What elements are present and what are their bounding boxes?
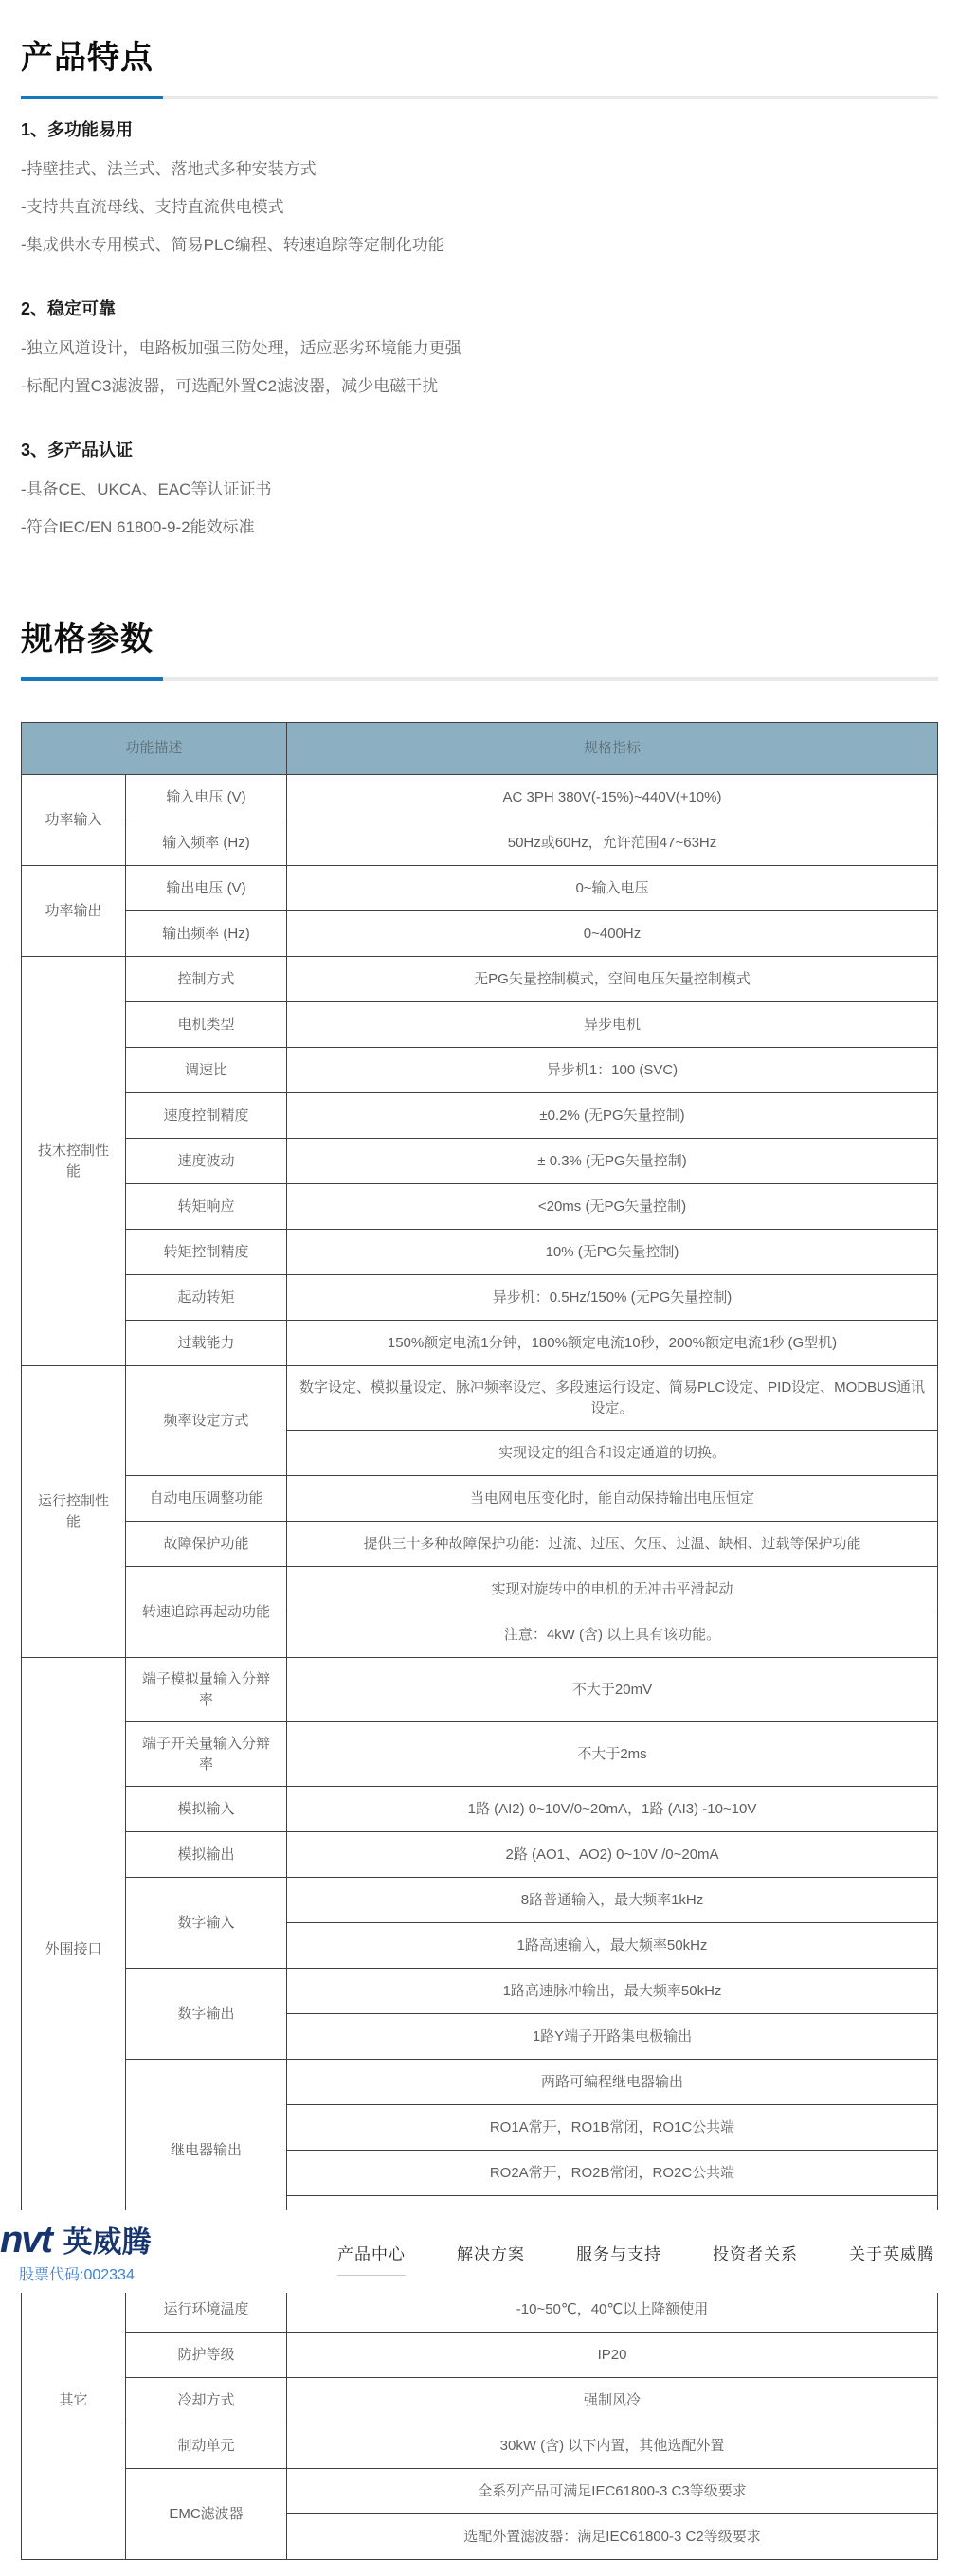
spec-value-cell: 强制风冷 <box>287 2378 938 2423</box>
feature-bullet: -具备CE、UKCA、EAC等认证证书 <box>21 478 938 500</box>
spec-value-cell: 8路普通输入，最大频率1kHz <box>287 1878 938 1923</box>
spec-row: 输入频率 (Hz)50Hz或60Hz，允许范围47~63Hz <box>22 820 938 866</box>
spec-value-cell: 注意：4kW (含) 以上具有该功能。 <box>287 1612 938 1658</box>
spec-header-value: 规格指标 <box>287 723 938 775</box>
spec-label-cell: 冷却方式 <box>126 2378 287 2423</box>
spec-category-cell: 技术控制性能 <box>22 957 126 1366</box>
spec-value-cell: 异步机：0.5Hz/150% (无PG矢量控制) <box>287 1275 938 1321</box>
spec-label-cell: 数字输入 <box>126 1878 287 1969</box>
spec-value-cell: 全系列产品可满足IEC61800-3 C3等级要求 <box>287 2469 938 2514</box>
spec-label-cell: 防护等级 <box>126 2333 287 2378</box>
spec-row: 速度波动± 0.3% (无PG矢量控制) <box>22 1139 938 1184</box>
features-divider <box>21 96 938 99</box>
spec-value-cell: 0~400Hz <box>287 911 938 957</box>
spec-value-cell: 30kW (含) 以下内置，其他选配外置 <box>287 2423 938 2469</box>
spec-label-cell: EMC滤波器 <box>126 2469 287 2560</box>
spec-row: 起动转矩异步机：0.5Hz/150% (无PG矢量控制) <box>22 1275 938 1321</box>
spec-row: 过载能力150%额定电流1分钟，180%额定电流10秒，200%额定电流1秒 (… <box>22 1321 938 1366</box>
spec-label-cell: 起动转矩 <box>126 1275 287 1321</box>
spec-label-cell: 模拟输出 <box>126 1832 287 1878</box>
spec-label-cell: 数字输出 <box>126 1969 287 2060</box>
spec-row: 功率输入输入电压 (V)AC 3PH 380V(-15%)~440V(+10%) <box>22 775 938 820</box>
specs-section-head: 规格参数 <box>21 620 938 681</box>
feature-bullet: -标配内置C3滤波器，可选配外置C2滤波器，减少电磁干扰 <box>21 375 938 397</box>
spec-label-cell: 自动电压调整功能 <box>126 1476 287 1522</box>
spec-label-cell: 频率设定方式 <box>126 1366 287 1476</box>
spec-value-cell: 2路 (AO1、AO2) 0~10V /0~20mA <box>287 1832 938 1878</box>
spec-row: 模拟输入1路 (AI2) 0~10V/0~20mA，1路 (AI3) -10~1… <box>22 1787 938 1832</box>
spec-label-cell: 输出电压 (V) <box>126 866 287 911</box>
spec-value-cell: 当电网电压变化时，能自动保持输出电压恒定 <box>287 1476 938 1522</box>
spec-row: 继电器输出两路可编程继电器输出 <box>22 2060 938 2105</box>
spec-value-cell: 1路高速脉冲输出，最大频率50kHz <box>287 1969 938 2014</box>
spec-value-cell: ± 0.3% (无PG矢量控制) <box>287 1139 938 1184</box>
footer-nav-link-4[interactable]: 投资者关系 <box>713 2241 798 2264</box>
feature-bullet: -集成供水专用模式、简易PLC编程、转速追踪等定制化功能 <box>21 234 938 256</box>
specs-title: 规格参数 <box>21 620 938 660</box>
footer-nav-bar: nvt 英威腾 股票代码:002334 产品中心解决方案服务与支持投资者关系关于… <box>0 2210 959 2293</box>
spec-label-cell: 端子模拟量输入分辩率 <box>126 1658 287 1722</box>
spec-category-cell: 功率输入 <box>22 775 126 866</box>
spec-category-cell: 功率输出 <box>22 866 126 957</box>
spec-row: 冷却方式强制风冷 <box>22 2378 938 2423</box>
spec-value-cell: 150%额定电流1分钟，180%额定电流10秒，200%额定电流1秒 (G型机) <box>287 1321 938 1366</box>
spec-row: 功率输出输出电压 (V)0~输入电压 <box>22 866 938 911</box>
spec-value-cell: -10~50℃，40℃以上降额使用 <box>287 2287 938 2333</box>
footer-nav-link-3[interactable]: 服务与支持 <box>576 2241 661 2264</box>
invt-logo-chinese: 英威腾 <box>63 2225 151 2259</box>
spec-row: 外围接口端子模拟量输入分辩率不大于20mV <box>22 1658 938 1722</box>
spec-label-cell: 制动单元 <box>126 2423 287 2469</box>
invt-logo[interactable]: nvt 英威腾 股票代码:002334 <box>0 2218 151 2284</box>
spec-row: 转矩响应<20ms (无PG矢量控制) <box>22 1184 938 1230</box>
spec-value-cell: <20ms (无PG矢量控制) <box>287 1184 938 1230</box>
spec-row: 运行环境温度-10~50℃，40℃以上降额使用 <box>22 2287 938 2333</box>
spec-value-cell: 不大于2ms <box>287 1722 938 1787</box>
spec-label-cell: 输入频率 (Hz) <box>126 820 287 866</box>
spec-row: 速度控制精度±0.2% (无PG矢量控制) <box>22 1093 938 1139</box>
spec-header-function: 功能描述 <box>22 723 287 775</box>
spec-row: 端子开关量输入分辩率不大于2ms <box>22 1722 938 1787</box>
feature-heading-3: 3、多产品认证 <box>21 439 938 462</box>
footer-nav-link-5[interactable]: 关于英威腾 <box>849 2241 934 2264</box>
spec-row: 防护等级IP20 <box>22 2333 938 2378</box>
feature-bullet: -独立风道设计，电路板加强三防处理，适应恶劣环境能力更强 <box>21 337 938 359</box>
spec-value-cell: 实现设定的组合和设定通道的切换。 <box>287 1431 938 1476</box>
feature-list: 1、多功能易用-持壁挂式、法兰式、落地式多种安装方式-支持共直流母线、支持直流供… <box>21 118 938 539</box>
spec-category-cell: 外围接口 <box>22 1658 126 2242</box>
spec-row: 故障保护功能提供三十多种故障保护功能：过流、过压、欠压、过温、缺相、过载等保护功… <box>22 1522 938 1567</box>
spec-row: 自动电压调整功能当电网电压变化时，能自动保持输出电压恒定 <box>22 1476 938 1522</box>
spec-row: 电机类型异步电机 <box>22 1002 938 1048</box>
spec-label-cell: 故障保护功能 <box>126 1522 287 1567</box>
spec-row: 模拟输出2路 (AO1、AO2) 0~10V /0~20mA <box>22 1832 938 1878</box>
product-page: 产品特点 1、多功能易用-持壁挂式、法兰式、落地式多种安装方式-支持共直流母线、… <box>0 0 959 2576</box>
spec-row: 输出频率 (Hz)0~400Hz <box>22 911 938 957</box>
invt-logo-text: nvt 英威腾 <box>0 2218 151 2261</box>
spec-label-cell: 过载能力 <box>126 1321 287 1366</box>
spec-value-cell: AC 3PH 380V(-15%)~440V(+10%) <box>287 775 938 820</box>
feature-bullet: -符合IEC/EN 61800-9-2能效标准 <box>21 516 938 538</box>
spec-row: 转矩控制精度10% (无PG矢量控制) <box>22 1230 938 1275</box>
spec-value-cell: 两路可编程继电器输出 <box>287 2060 938 2105</box>
spec-value-cell: 提供三十多种故障保护功能：过流、过压、欠压、过温、缺相、过载等保护功能 <box>287 1522 938 1567</box>
footer-nav-link-2[interactable]: 解决方案 <box>457 2241 525 2264</box>
spec-row: EMC滤波器全系列产品可满足IEC61800-3 C3等级要求 <box>22 2469 938 2514</box>
spec-row: 技术控制性能控制方式无PG矢量控制模式，空间电压矢量控制模式 <box>22 957 938 1002</box>
spec-value-cell: 1路 (AI2) 0~10V/0~20mA，1路 (AI3) -10~10V <box>287 1787 938 1832</box>
spec-value-cell: 1路Y端子开路集电极输出 <box>287 2014 938 2060</box>
spec-value-cell: 不大于20mV <box>287 1658 938 1722</box>
spec-value-cell: 10% (无PG矢量控制) <box>287 1230 938 1275</box>
spec-value-cell: RO2A常开，RO2B常闭，RO2C公共端 <box>287 2151 938 2196</box>
spec-value-cell: 异步电机 <box>287 1002 938 1048</box>
spec-label-cell: 输入电压 (V) <box>126 775 287 820</box>
spec-label-cell: 输出频率 (Hz) <box>126 911 287 957</box>
spec-label-cell: 调速比 <box>126 1048 287 1093</box>
spec-category-cell: 运行控制性能 <box>22 1366 126 1658</box>
spec-value-cell: 实现对旋转中的电机的无冲击平滑起动 <box>287 1567 938 1612</box>
feature-heading-1: 1、多功能易用 <box>21 118 938 142</box>
spec-label-cell: 转速追踪再起动功能 <box>126 1567 287 1658</box>
spec-label-cell: 运行环境温度 <box>126 2287 287 2333</box>
spec-value-cell: 0~输入电压 <box>287 866 938 911</box>
spec-value-cell: 1路高速输入，最大频率50kHz <box>287 1923 938 1969</box>
features-section: 产品特点 1、多功能易用-持壁挂式、法兰式、落地式多种安装方式-支持共直流母线、… <box>0 38 959 538</box>
divider-accent <box>21 96 163 99</box>
footer-nav-link-1[interactable]: 产品中心 <box>337 2241 406 2264</box>
feature-bullet: -持壁挂式、法兰式、落地式多种安装方式 <box>21 158 938 180</box>
spec-value-cell: 无PG矢量控制模式，空间电压矢量控制模式 <box>287 957 938 1002</box>
footer-nav: 产品中心解决方案服务与支持投资者关系关于英威腾 <box>337 2241 934 2264</box>
spec-label-cell: 端子开关量输入分辩率 <box>126 1722 287 1787</box>
spec-label-cell: 转矩响应 <box>126 1184 287 1230</box>
spec-value-cell: 异步机1：100 (SVC) <box>287 1048 938 1093</box>
spec-label-cell: 模拟输入 <box>126 1787 287 1832</box>
spec-label-cell: 速度波动 <box>126 1139 287 1184</box>
features-title: 产品特点 <box>21 38 938 79</box>
spec-row: 数字输出1路高速脉冲输出，最大频率50kHz <box>22 1969 938 2014</box>
stock-code: 股票代码:002334 <box>19 2262 151 2284</box>
spec-label-cell: 速度控制精度 <box>126 1093 287 1139</box>
spec-value-cell: RO1A常开，RO1B常闭，RO1C公共端 <box>287 2105 938 2151</box>
spec-label-cell: 控制方式 <box>126 957 287 1002</box>
spec-row: 制动单元30kW (含) 以下内置，其他选配外置 <box>22 2423 938 2469</box>
spec-table-header-row: 功能描述 规格指标 <box>22 723 938 775</box>
spec-value-cell: IP20 <box>287 2333 938 2378</box>
divider-accent <box>21 677 163 681</box>
spec-label-cell: 转矩控制精度 <box>126 1230 287 1275</box>
spec-value-cell: 选配外置滤波器：满足IEC61800-3 C2等级要求 <box>287 2514 938 2560</box>
feature-bullet: -支持共直流母线、支持直流供电模式 <box>21 196 938 218</box>
spec-label-cell: 电机类型 <box>126 1002 287 1048</box>
spec-row: 运行控制性能频率设定方式数字设定、模拟量设定、脉冲频率设定、多段速运行设定、简易… <box>22 1366 938 1431</box>
invt-logo-latin: nvt <box>0 2219 51 2261</box>
spec-value-cell: 数字设定、模拟量设定、脉冲频率设定、多段速运行设定、简易PLC设定、PID设定、… <box>287 1366 938 1431</box>
spec-row: 转速追踪再起动功能实现对旋转中的电机的无冲击平滑起动 <box>22 1567 938 1612</box>
spec-value-cell: ±0.2% (无PG矢量控制) <box>287 1093 938 1139</box>
specs-divider <box>21 677 938 681</box>
spec-value-cell: 50Hz或60Hz，允许范围47~63Hz <box>287 820 938 866</box>
spec-row: 调速比异步机1：100 (SVC) <box>22 1048 938 1093</box>
feature-heading-2: 2、稳定可靠 <box>21 297 938 321</box>
spec-row: 数字输入8路普通输入，最大频率1kHz <box>22 1878 938 1923</box>
